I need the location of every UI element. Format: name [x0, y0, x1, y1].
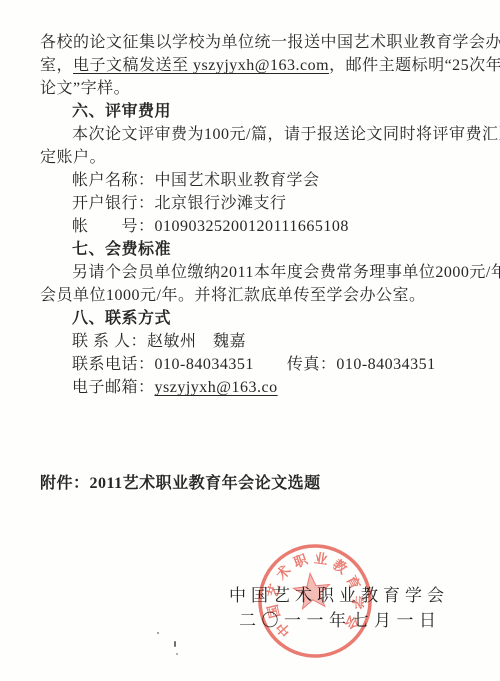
text-line: 七、会费标准: [40, 238, 470, 261]
official-seal: 中国艺术职业教育学会: [233, 519, 398, 681]
text-segment: 本次论文评审费为100元/篇，请于报送论文同时将评审费汇至指: [72, 126, 500, 143]
text-line: 联 系 人：赵敏州 魏嘉: [40, 330, 470, 353]
text-segment: 另请个会员单位缴纳2011本年度会费常务理事单位2000元/年；: [72, 264, 500, 281]
text-line: 另请个会员单位缴纳2011本年度会费常务理事单位2000元/年；: [40, 261, 470, 284]
text-line: 电子邮箱：yszyjyxh@163.co: [40, 376, 470, 399]
text-line: 帐 号：01090325200120111665108: [40, 215, 470, 238]
text-segment: 各校的论文征集以学校为单位统一报送中国艺术职业教育学会办公: [40, 34, 500, 51]
text-line: 帐户名称：中国艺术职业教育学会: [40, 169, 470, 192]
text-segment: 电子邮箱：: [72, 379, 155, 396]
text-line: 室，电子文稿发送至 yszyjyxh@163.com，邮件主题标明“25次年会: [40, 54, 470, 77]
text-segment: yszyjyxh@163.co: [155, 379, 278, 396]
attachment-note: 附件：2011艺术职业教育年会论文选题: [40, 470, 321, 493]
text-segment: 七、会费标准: [72, 241, 171, 258]
text-segment: 开户银行：北京银行沙滩支行: [72, 195, 287, 212]
text-segment: 联系电话：010-84034351 传真：010-84034351: [72, 356, 436, 373]
scan-speck-icon: [176, 653, 178, 655]
text-line: 论文”字样。: [40, 77, 470, 100]
text-line: 定账户。: [40, 146, 470, 169]
text-line: 六、评审费用: [40, 100, 470, 123]
text-segment: 联 系 人：赵敏州 魏嘉: [72, 333, 246, 350]
text-segment: 室，: [40, 57, 73, 74]
text-line: 各校的论文征集以学校为单位统一报送中国艺术职业教育学会办公: [40, 31, 470, 54]
seal-character: 学: [350, 595, 366, 610]
text-segment: 会员单位1000元/年。并将汇款底单传至学会办公室。: [40, 287, 425, 304]
scan-speck-icon: [157, 632, 159, 634]
text-line: 本次论文评审费为100元/篇，请于报送论文同时将评审费汇至指: [40, 123, 470, 146]
text-segment: 定账户。: [40, 149, 106, 166]
seal-character: 教: [330, 556, 351, 577]
document-page: 各校的论文征集以学校为单位统一报送中国艺术职业教育学会办公室，电子文稿发送至 y…: [0, 0, 500, 681]
seal-character: 中: [273, 619, 294, 640]
star-icon: [292, 571, 332, 609]
seal-character: 会: [342, 613, 363, 633]
seal-character: 职: [291, 551, 310, 571]
seal-character: 业: [313, 551, 329, 568]
text-line: 联系电话：010-84034351 传真：010-84034351: [40, 353, 470, 376]
scan-speck-icon: [174, 641, 176, 647]
seal-character: 艺: [265, 582, 283, 599]
seal-character: 国: [264, 602, 283, 619]
text-segment: 帐 号：01090325200120111665108: [72, 218, 349, 235]
text-segment: 论文”字样。: [40, 80, 130, 97]
text-line: 八、联系方式: [40, 307, 470, 330]
document-body: 各校的论文征集以学校为单位统一报送中国艺术职业教育学会办公室，电子文稿发送至 y…: [40, 31, 470, 399]
text-segment: 八、联系方式: [72, 310, 171, 327]
text-segment: 六、评审费用: [72, 103, 171, 120]
text-segment: ，邮件主题标明“25次年会: [329, 57, 500, 74]
text-line: 会员单位1000元/年。并将汇款底单传至学会办公室。: [40, 284, 470, 307]
text-segment: 帐户名称：中国艺术职业教育学会: [72, 172, 320, 189]
text-line: 开户银行：北京银行沙滩支行: [40, 192, 470, 215]
seal-character: 育: [343, 573, 364, 593]
text-segment: 电子文稿发送至 yszyjyxh@163.com: [73, 57, 329, 74]
